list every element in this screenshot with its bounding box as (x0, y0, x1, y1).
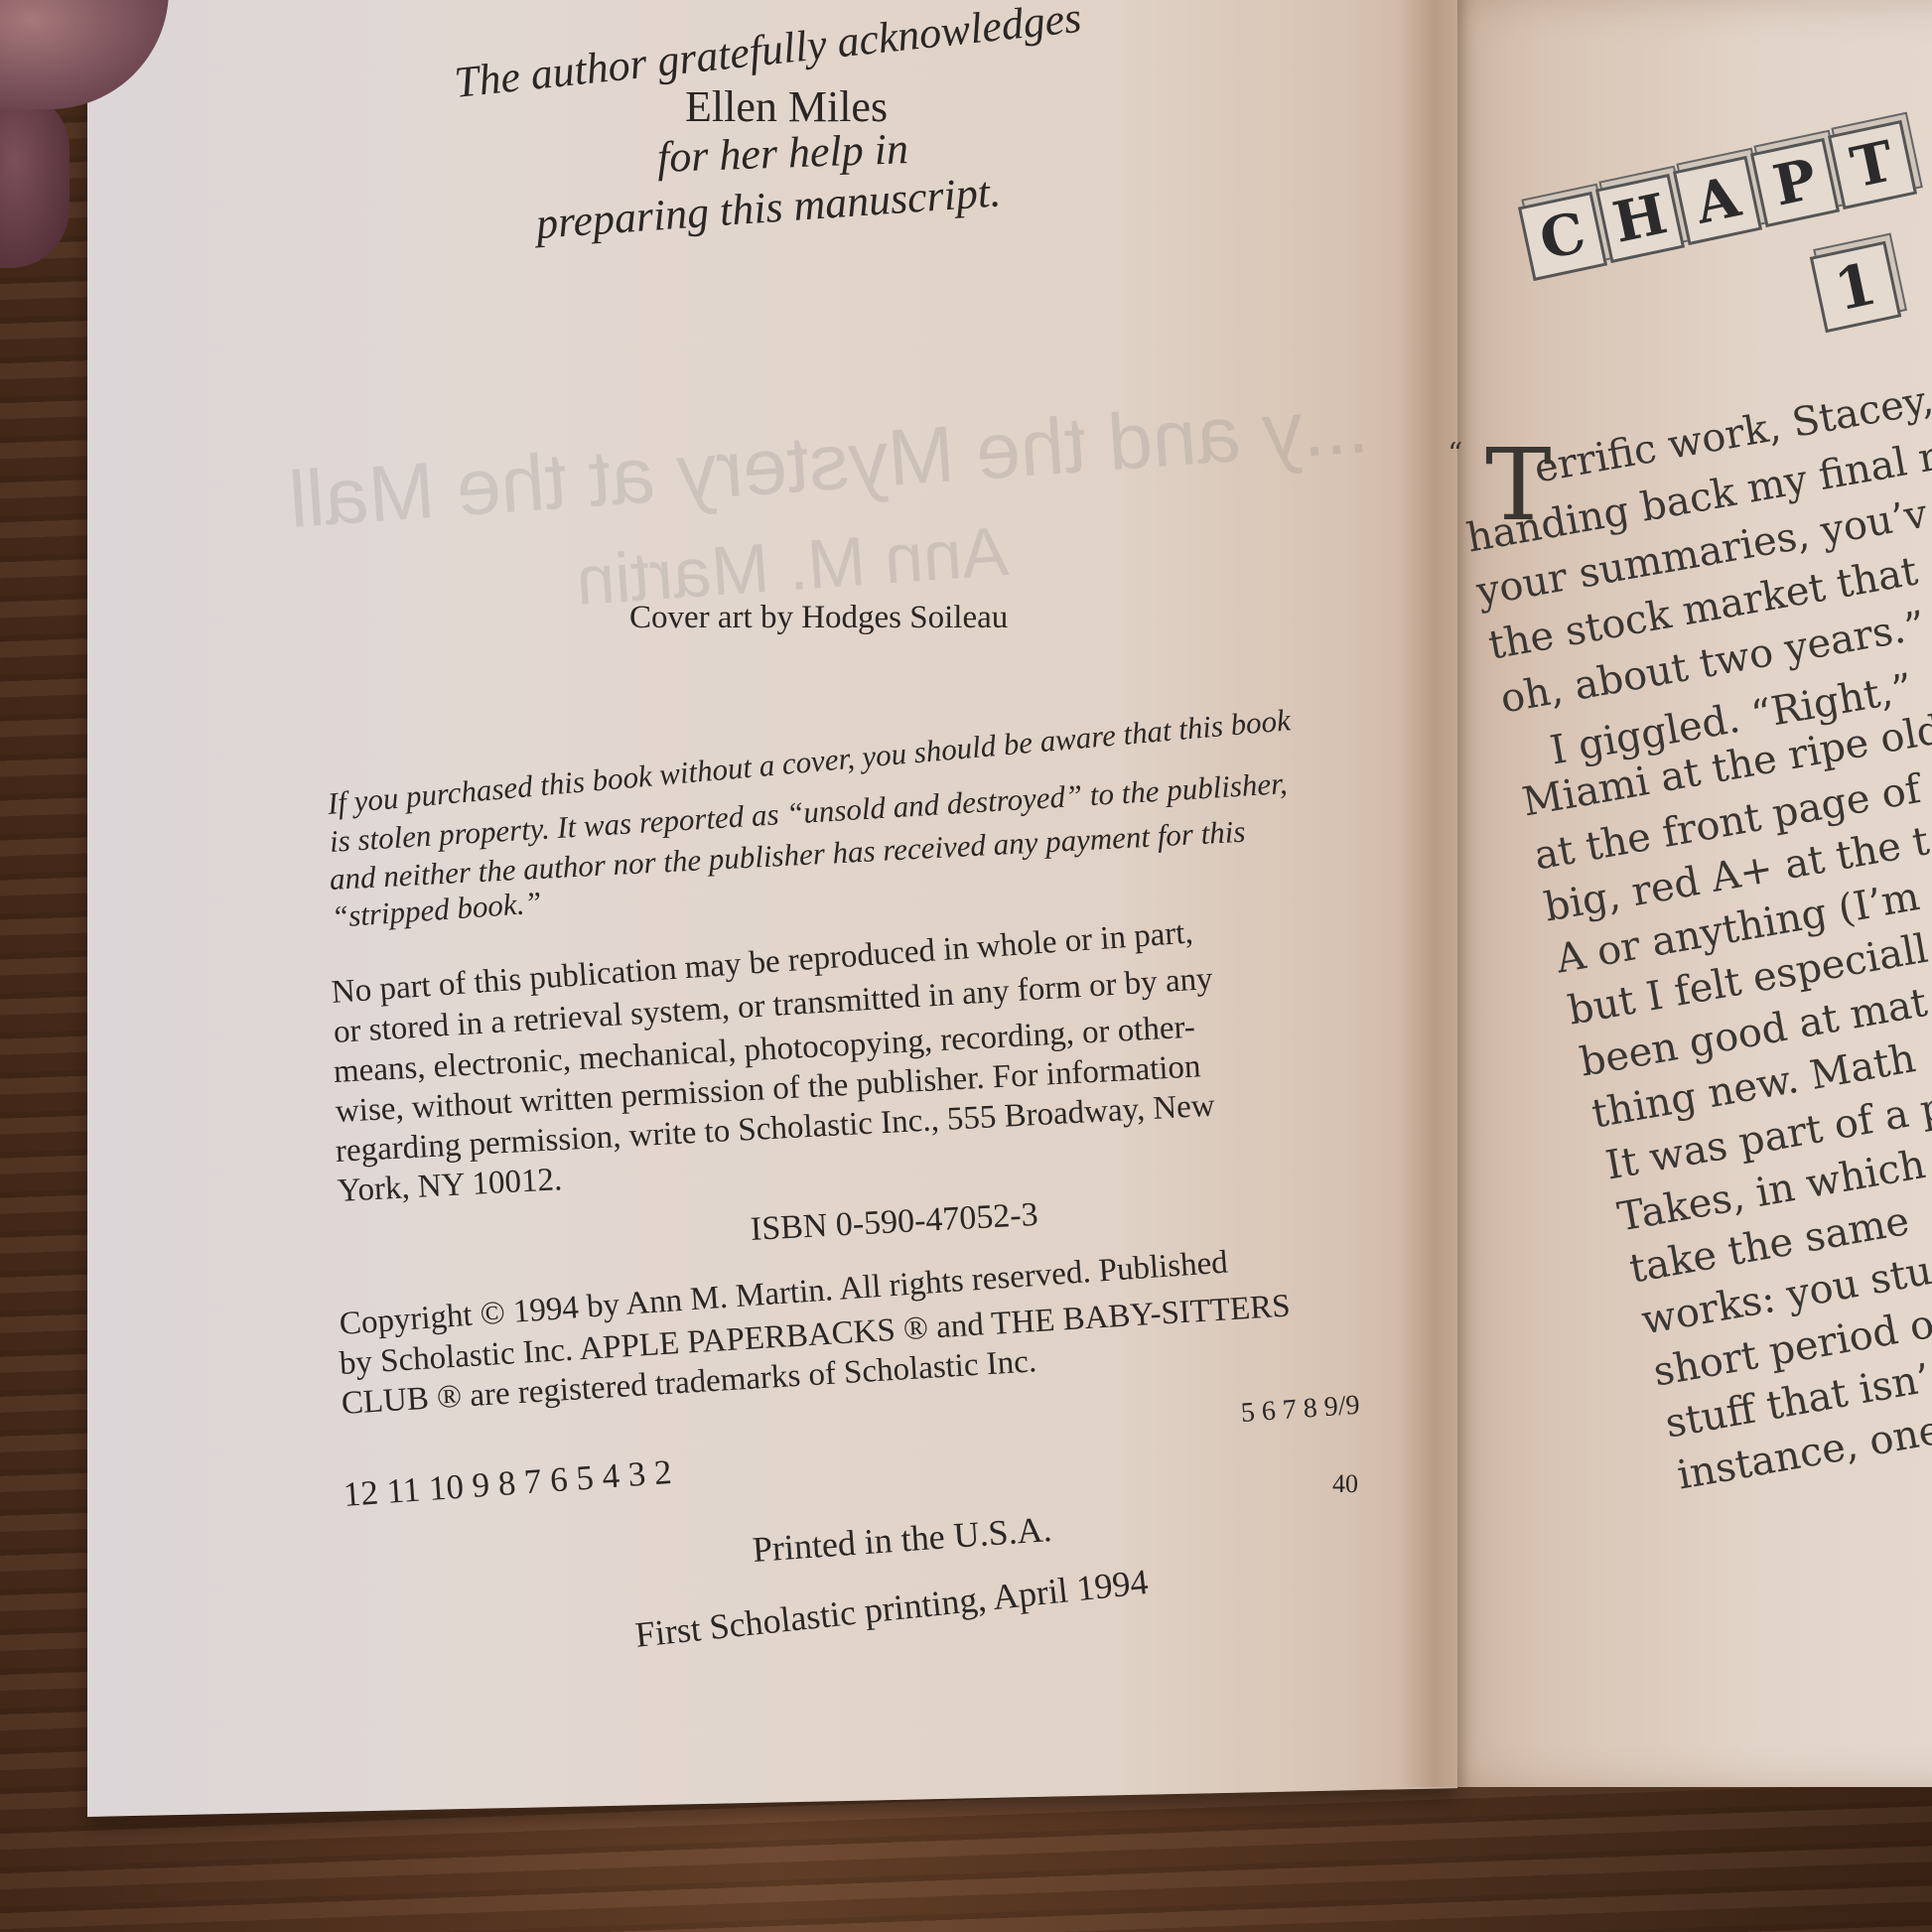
chapter-letter-h: H (1595, 174, 1685, 263)
chapter-number: 1 (1810, 241, 1902, 334)
chapter-letter-a: A (1673, 156, 1762, 245)
printer-code: 40 (1332, 1469, 1358, 1499)
chapter-letter-p: P (1750, 138, 1840, 227)
opening-quote: “ (1448, 437, 1462, 472)
acknowledgement-line-3: for her help in (656, 123, 909, 183)
chapter-letter-t: T (1828, 120, 1917, 209)
finger (0, 89, 69, 268)
book-gutter (1400, 0, 1469, 1787)
cover-art-credit: Cover art by Hodges Soileau (629, 600, 1008, 636)
chapter-letter-c: C (1518, 192, 1607, 281)
